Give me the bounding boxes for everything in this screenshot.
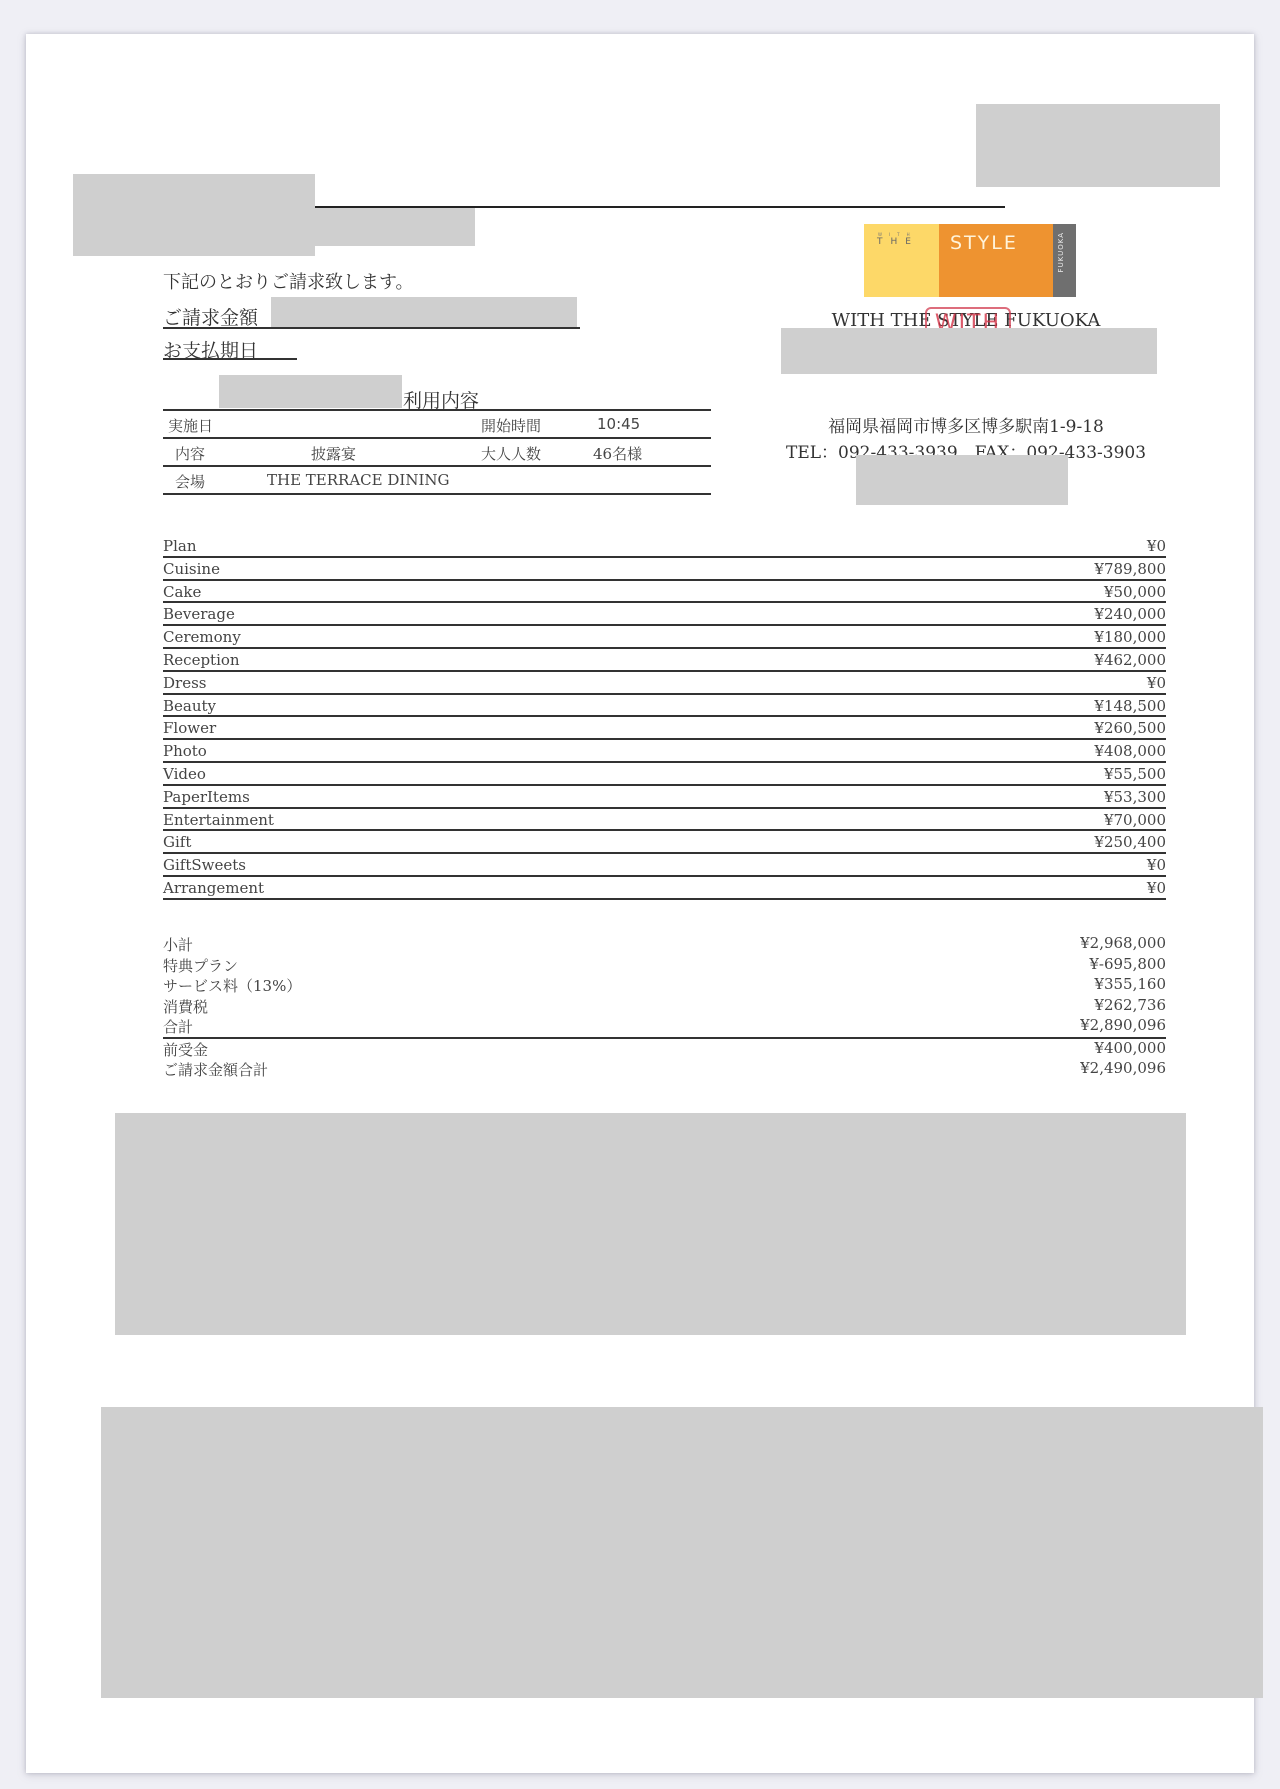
redacted-bank-block	[101, 1407, 1263, 1698]
line-item-amount: ¥260,500	[1094, 719, 1166, 737]
line-item-row: Reception¥462,000	[163, 649, 1166, 672]
totals-summary: 小計¥2,968,000特典プラン¥-695,800サービス料（13%）¥355…	[163, 934, 1166, 1080]
line-item-name: Beauty	[163, 697, 216, 715]
usage-label: 会場	[175, 471, 205, 492]
line-item-amount: ¥70,000	[1104, 811, 1166, 829]
summary-row: ご請求金額合計¥2,490,096	[163, 1059, 1166, 1080]
usage-value: 10:45	[597, 415, 640, 433]
line-item-row: Flower¥260,500	[163, 717, 1166, 740]
amount-label: ご請求金額	[163, 303, 258, 330]
redacted-due-date	[271, 297, 577, 327]
summary-label: 小計	[163, 934, 193, 955]
line-item-name: Ceremony	[163, 628, 241, 646]
line-item-name: Video	[163, 765, 206, 783]
line-item-row: Ceremony¥180,000	[163, 626, 1166, 649]
logo-the-text: THE	[877, 237, 919, 247]
line-item-row: Cake¥50,000	[163, 581, 1166, 604]
line-item-row: PaperItems¥53,300	[163, 786, 1166, 809]
invoice-page: ご請求書 下記のとおりご請求致します。 ご請求金額 ¥2,490,096 – お…	[26, 34, 1254, 1773]
summary-amount: ¥262,736	[1094, 996, 1166, 1014]
logo-with-the: WITH THE	[864, 224, 939, 297]
summary-row: 特典プラン¥-695,800	[163, 955, 1166, 976]
summary-label: ご請求金額合計	[163, 1059, 268, 1080]
line-item-amount: ¥50,000	[1104, 583, 1166, 601]
line-item-name: Plan	[163, 537, 197, 555]
line-item-name: GiftSweets	[163, 856, 246, 874]
redacted-recipient-name	[73, 208, 475, 246]
line-item-name: Dress	[163, 674, 206, 692]
redacted-company-detail	[781, 328, 1157, 374]
line-item-row: Photo¥408,000	[163, 740, 1166, 763]
line-item-row: Plan¥0	[163, 535, 1166, 558]
line-item-row: Beverage¥240,000	[163, 603, 1166, 626]
usage-value: THE TERRACE DINING	[267, 471, 449, 489]
line-item-amount: ¥0	[1147, 674, 1166, 692]
usage-row: 会場 THE TERRACE DINING	[163, 465, 711, 495]
intro-text: 下記のとおりご請求致します。	[163, 268, 414, 294]
summary-label: 消費税	[163, 996, 208, 1017]
line-item-amount: ¥462,000	[1094, 651, 1166, 669]
company-logo: WITH THE STYLE FUKUOKA	[864, 224, 1076, 297]
summary-row: 小計¥2,968,000	[163, 934, 1166, 955]
line-item-row: Gift¥250,400	[163, 831, 1166, 854]
redacted-invoice-info	[976, 104, 1220, 187]
summary-row: 消費税¥262,736	[163, 996, 1166, 1017]
line-item-name: Gift	[163, 833, 191, 851]
line-item-amount: ¥408,000	[1094, 742, 1166, 760]
summary-amount: ¥2,890,096	[1080, 1016, 1166, 1034]
line-item-row: Arrangement¥0	[163, 877, 1166, 900]
summary-label: 合計	[163, 1016, 193, 1037]
usage-label: 内容	[175, 443, 205, 464]
line-items-list: Plan¥0Cuisine¥789,800Cake¥50,000Beverage…	[163, 535, 1166, 900]
due-date-underline	[163, 358, 297, 360]
line-item-row: GiftSweets¥0	[163, 854, 1166, 877]
amount-underline	[163, 327, 580, 329]
company-address: 福岡県福岡市博多区博多駅南1-9-18	[766, 412, 1166, 437]
usage-value: 46名様	[593, 443, 642, 464]
line-item-row: Cuisine¥789,800	[163, 558, 1166, 581]
line-item-name: Flower	[163, 719, 216, 737]
logo-style-text: STYLE	[950, 232, 1018, 254]
line-item-amount: ¥240,000	[1094, 605, 1166, 623]
summary-label: 前受金	[163, 1039, 208, 1060]
usage-label: 大人人数	[481, 443, 541, 464]
line-item-amount: ¥148,500	[1094, 697, 1166, 715]
line-item-name: Beverage	[163, 605, 235, 623]
usage-table: 実施日 開始時間 10:45 内容 披露宴 大人人数 46名様 会場 THE T…	[163, 409, 711, 495]
redacted-event-date	[219, 375, 402, 408]
line-item-amount: ¥53,300	[1104, 788, 1166, 806]
usage-label: 開始時間	[481, 415, 541, 436]
line-item-name: Cuisine	[163, 560, 220, 578]
line-item-amount: ¥0	[1147, 537, 1166, 555]
usage-row: 実施日 開始時間 10:45	[163, 409, 711, 437]
logo-city: FUKUOKA	[1053, 224, 1076, 297]
line-item-amount: ¥55,500	[1104, 765, 1166, 783]
line-item-row: Entertainment¥70,000	[163, 809, 1166, 832]
summary-amount: ¥2,968,000	[1080, 934, 1166, 952]
line-item-amount: ¥250,400	[1094, 833, 1166, 851]
summary-amount: ¥400,000	[1094, 1039, 1166, 1057]
line-item-amount: ¥0	[1147, 879, 1166, 897]
summary-amount: ¥-695,800	[1089, 955, 1166, 973]
line-item-row: Beauty¥148,500	[163, 695, 1166, 718]
line-item-name: Photo	[163, 742, 207, 760]
summary-label: サービス料（13%）	[163, 975, 301, 996]
summary-row: 前受金¥400,000	[163, 1039, 1166, 1060]
line-item-name: Reception	[163, 651, 240, 669]
redacted-notes-block	[115, 1113, 1186, 1335]
redacted-registration	[856, 455, 1068, 505]
line-item-amount: ¥0	[1147, 856, 1166, 874]
summary-amount: ¥2,490,096	[1080, 1059, 1166, 1077]
summary-label: 特典プラン	[163, 955, 238, 976]
logo-city-text: FUKUOKA	[1057, 232, 1065, 272]
line-item-amount: ¥789,800	[1094, 560, 1166, 578]
line-item-name: Entertainment	[163, 811, 274, 829]
summary-amount: ¥355,160	[1094, 975, 1166, 993]
line-item-name: Arrangement	[163, 879, 264, 897]
summary-row: 合計¥2,890,096	[163, 1016, 1166, 1039]
logo-style: STYLE	[939, 224, 1053, 297]
usage-label: 実施日	[168, 415, 213, 436]
usage-row: 内容 披露宴 大人人数 46名様	[163, 437, 711, 465]
line-item-name: Cake	[163, 583, 201, 601]
line-item-row: Video¥55,500	[163, 763, 1166, 786]
usage-value: 披露宴	[311, 443, 356, 464]
line-item-amount: ¥180,000	[1094, 628, 1166, 646]
summary-row: サービス料（13%）¥355,160	[163, 975, 1166, 996]
line-item-row: Dress¥0	[163, 672, 1166, 695]
line-item-name: PaperItems	[163, 788, 250, 806]
